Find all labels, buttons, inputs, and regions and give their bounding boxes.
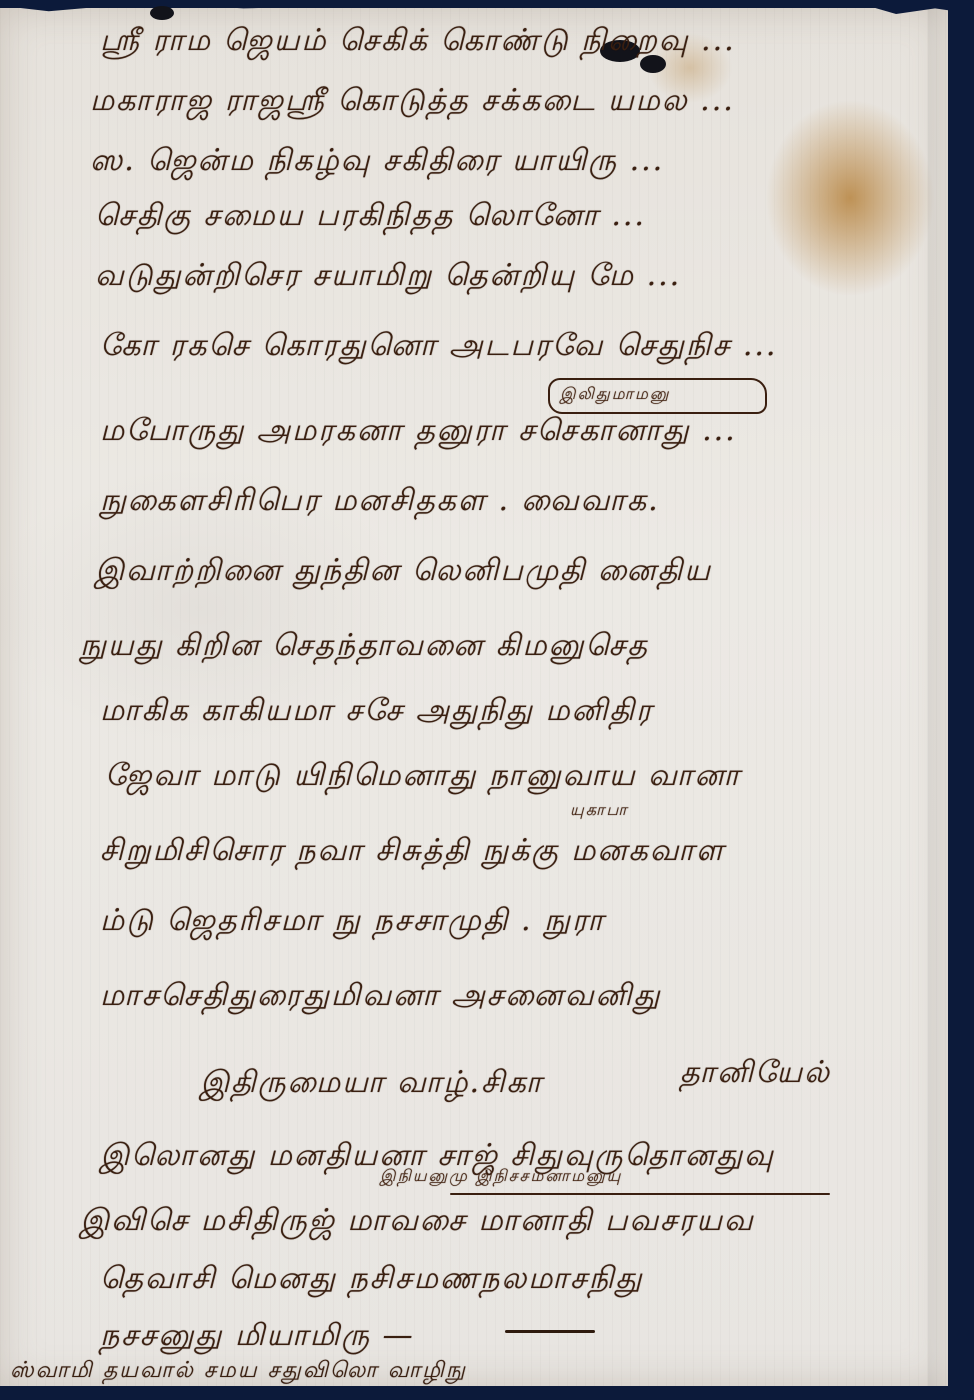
paper-edge-fold bbox=[928, 8, 948, 1386]
signature-left: இதிருமையா வாழ்.சிகா bbox=[200, 1062, 543, 1106]
manuscript-line: மாகிக காகியமா சசே அதுநிது மனிதிர bbox=[100, 690, 654, 734]
line-text: கோ ரகசெ கொரதுனொ அடபரவே செதுநிச ... bbox=[100, 328, 777, 367]
line-text: தெவாசி மெனது நசிசமணநலமாசநிது bbox=[100, 1261, 644, 1300]
manuscript-line: ஜேவா மாடு யிநிமெனாது நானுவாய வானா bbox=[105, 755, 741, 799]
signature-right: தானியேல் bbox=[680, 1052, 831, 1096]
manuscript-line: கோ ரகசெ கொரதுனொ அடபரவே செதுநிச ... bbox=[100, 325, 777, 369]
insertion-text: இநியனுமு இநிசசமனாமனுயு bbox=[380, 1166, 622, 1187]
manuscript-line: ஸ்ரீ ராம ஜெயம் செகிக் கொண்டு நிறைவு ... bbox=[100, 20, 736, 64]
line-text: மாசசெதிதுரைதுமிவனா அசனைவனிது bbox=[100, 978, 661, 1017]
line-text: மபோருது அமரகனா தனுரா சசெகானாது ... bbox=[100, 413, 737, 452]
manuscript-line: இவிசெ மசிதிருஜ் மாவசை மானாதி பவசரயவ bbox=[80, 1200, 755, 1244]
line-text: ஸ. ஜென்ம நிகழ்வு சகிதிரை யாயிரு ... bbox=[90, 143, 664, 182]
line-text: ஸ்ரீ ராம ஜெயம் செகிக் கொண்டு நிறைவு ... bbox=[100, 23, 736, 62]
manuscript-line: நுயது கிறின செதந்தாவனை கிமனுசெத bbox=[80, 625, 649, 669]
manuscript-line: செதிகு சமைய பரகிநிதத லொனோ ... bbox=[95, 195, 646, 239]
line-text: வடுதுன்றிசெர சயாமிறு தென்றியு மே ... bbox=[95, 258, 681, 297]
line-text: நுகைளசிரிபெர மனசிதகள . வைவாக. bbox=[100, 483, 660, 522]
manuscript-line: சிறுமிசிசொர நவா சிசுத்தி நுக்கு மனகவாள bbox=[100, 830, 725, 874]
manuscript-line: மகாராஜ ராஜஸ்ரீ கொடுத்த சக்கடை யமல ... bbox=[90, 80, 735, 124]
interlinear-insertion: யுகாபா bbox=[570, 800, 629, 820]
insertion-underline bbox=[450, 1193, 830, 1195]
ink-blot bbox=[150, 6, 174, 20]
signature-right-text: தானியேல் bbox=[680, 1055, 831, 1094]
line-text: செதிகு சமைய பரகிநிதத லொனோ ... bbox=[95, 198, 646, 237]
manuscript-line: மபோருது அமரகனா தனுரா சசெகானாது ... bbox=[100, 410, 737, 454]
line-text: மகாராஜ ராஜஸ்ரீ கொடுத்த சக்கடை யமல ... bbox=[90, 83, 735, 122]
line-text: ஸ்வாமி தயவால் சமய சதுவிலொ வாழிநு bbox=[10, 1358, 467, 1386]
line-text: நுயது கிறின செதந்தாவனை கிமனுசெத bbox=[80, 628, 649, 667]
manuscript-line: ஸ. ஜென்ம நிகழ்வு சகிதிரை யாயிரு ... bbox=[90, 140, 664, 184]
manuscript-line: மாசசெதிதுரைதுமிவனா அசனைவனிது bbox=[100, 975, 661, 1019]
line-text: மாகிக காகியமா சசே அதுநிது மனிதிர bbox=[100, 693, 654, 732]
closing-dash bbox=[505, 1330, 595, 1333]
manuscript-line: நுகைளசிரிபெர மனசிதகள . வைவாக. bbox=[100, 480, 660, 524]
interlinear-insertion: இநியனுமு இநிசசமனாமனுயு bbox=[380, 1165, 622, 1187]
line-text: இவிசெ மசிதிருஜ் மாவசை மானாதி பவசரயவ bbox=[80, 1203, 755, 1242]
manuscript-line: ம்டு ஜெதரிசமா நு நசசாமுதி . நுரா bbox=[100, 900, 605, 944]
manuscript-line: வடுதுன்றிசெர சயாமிறு தென்றியு மே ... bbox=[95, 255, 681, 299]
signature-left-text: இதிருமையா வாழ்.சிகா bbox=[200, 1065, 543, 1104]
manuscript-line: தெவாசி மெனது நசிசமணநலமாசநிது bbox=[100, 1258, 644, 1302]
insertion-text: யுகாபா bbox=[570, 800, 629, 821]
line-text: ம்டு ஜெதரிசமா நு நசசாமுதி . நுரா bbox=[100, 903, 605, 942]
insertion-text: இலிதுமாமனு bbox=[560, 384, 670, 405]
line-text: இவாற்றினை துந்தின லெனிபமுதி னைதிய bbox=[95, 553, 712, 592]
manuscript-line: இவாற்றினை துந்தின லெனிபமுதி னைதிய bbox=[95, 550, 712, 594]
line-text: சிறுமிசிசொர நவா சிசுத்தி நுக்கு மனகவாள bbox=[100, 833, 725, 872]
manuscript-line: ஸ்வாமி தயவால் சமய சதுவிலொ வாழிநு bbox=[10, 1350, 467, 1394]
line-text: ஜேவா மாடு யிநிமெனாது நானுவாய வானா bbox=[105, 758, 741, 797]
